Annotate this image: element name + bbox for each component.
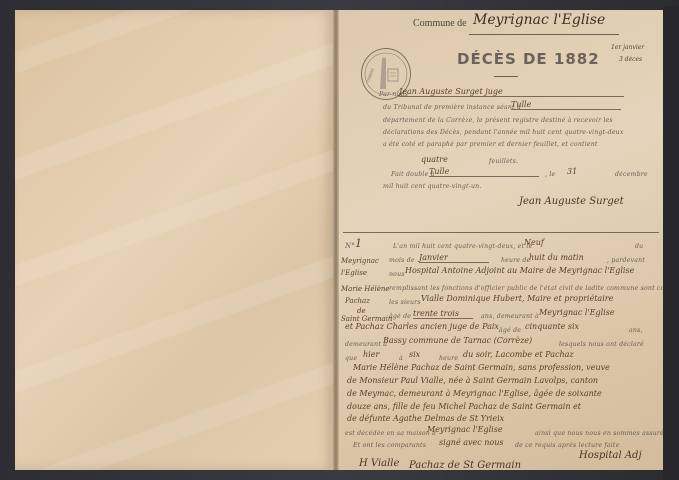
cert-day: 31 (567, 167, 577, 176)
left-page-blank (15, 10, 333, 470)
cert-feuillets: feuillets. (489, 158, 518, 165)
act-ans: ans, (629, 327, 643, 334)
act-witness-2-residence: Bassy commune de Tarnac (Corrèze) (383, 336, 532, 345)
act-assure: ainsi que nous nous en sommes assuré (535, 430, 664, 437)
cert-line-departement: département de la Corrèze, le présent re… (383, 117, 613, 124)
act-declared: lesquels nous ont déclaré (559, 341, 644, 348)
act-witness-2-age: cinquante six (525, 322, 579, 331)
act-sieurs: les sieurs (389, 299, 421, 306)
act-du: du (635, 243, 643, 250)
signature-officer: Hospital Adj (579, 450, 642, 461)
act-demeurant-2: demeurant à (345, 341, 387, 348)
act-heure-2: heure (439, 355, 458, 362)
act-month: Janvier (419, 253, 489, 263)
act-mois-label: mois de (389, 257, 415, 264)
cert-year: mil huit cent quatre-vingt-un. (383, 183, 482, 190)
book-cover-edge (663, 6, 679, 480)
act-heure-label: heure de (501, 257, 530, 264)
cert-sheet-count: quatre (421, 155, 448, 164)
svg-text:TIMBRE: TIMBRE (365, 67, 375, 84)
act-nous: nous (389, 271, 405, 278)
act-day: Neuf (524, 238, 544, 247)
corner-note-count: 3 déces (619, 56, 642, 63)
title-separator (494, 76, 518, 77)
act-deceased: Marie Hélène Pachaz de Saint Germain, sa… (353, 363, 610, 372)
cert-le: , le (545, 171, 555, 178)
cert-month: décembre (615, 171, 648, 178)
right-page-register: Commune de Meyrignac l'Eglise 1er janvie… (339, 10, 663, 470)
act-pardevant: , pardevant (607, 257, 645, 264)
margin-note-commune: Meyrignac (341, 257, 379, 265)
act-deceased-residence: de Meymac, demeurant à Meyrignac l'Eglis… (347, 389, 602, 398)
act-number-label: N° (345, 242, 355, 250)
act-line-date: L'an mil huit cent quatre-vingt-deux, et… (393, 243, 532, 250)
act-witness-2: et Pachaz Charles ancien juge de Paix (345, 322, 499, 331)
signature-witness-2: Pachaz de St Germain (409, 460, 521, 471)
act-officer: Hospital Antoine Adjoint au Maire de Mey… (405, 266, 634, 275)
act-deceased-spouse: de Monsieur Paul Vialle, née à Saint Ger… (347, 376, 598, 385)
act-witness-1-age: trente trois (413, 309, 473, 319)
cert-tribunal-city: Tulle (511, 100, 621, 110)
margin-note-deceased-last: Pachaz (345, 297, 370, 305)
act-death-hour: six (409, 350, 420, 359)
margin-note-deceased-first: Marie Hélène (341, 285, 390, 293)
cert-line-declarations: déclarations des Décès, pendant l'année … (383, 129, 624, 136)
act-a: à (399, 355, 403, 362)
act-witness-1: Vialle Dominique Hubert, Maire et propri… (421, 294, 613, 303)
commune-underline (469, 34, 619, 35)
act-death-place: Meyrignac l'Eglise (427, 425, 503, 434)
commune-label: Commune de (413, 18, 467, 29)
margin-note-de: de (357, 307, 366, 315)
act-deceased-father: douze ans, fille de feu Michel Pachaz de… (347, 402, 581, 411)
cert-line-cote: a été coté et paraphé par premier et der… (383, 141, 598, 148)
cert-fait-double: Fait double à (391, 171, 435, 178)
act-death-day: hier (363, 350, 379, 359)
act-hour: huit du matin (529, 253, 584, 262)
act-line-fonctions: remplissant les fonctions d'officier pub… (389, 285, 679, 292)
judge-signature: Jean Auguste Surget (519, 196, 624, 207)
signature-witness-1: H Vialle (359, 458, 399, 469)
cert-place: Tulle (429, 167, 539, 177)
margin-note-commune-2: l'Eglise (341, 269, 367, 277)
act-number: 1 (355, 237, 362, 250)
cert-tribunal: du Tribunal de première instance séant à (383, 104, 521, 111)
corner-note-date: 1er janvier (611, 44, 644, 51)
act-age-label: âgé de (389, 313, 411, 320)
act-signed: signé avec nous (439, 438, 504, 447)
register-title: DÉCÈS DE 1882 (457, 50, 600, 68)
act-witness-1-residence: Meyrignac l'Eglise (539, 308, 615, 317)
section-divider (343, 232, 659, 233)
act-lecture: de ce requis après lecture faite (515, 442, 619, 449)
act-demeurant: ans, demeurant à (481, 313, 539, 320)
act-deceased-mother: de défunte Agathe Delmas de St Yrieix (347, 414, 504, 423)
act-que: que (345, 355, 357, 362)
act-comparants: Et ont les comparants (353, 442, 426, 449)
cert-judge-name: Jean Auguste Surget juge (399, 87, 624, 97)
act-age-label-2: âgé de (499, 327, 521, 334)
commune-name: Meyrignac l'Eglise (473, 12, 605, 28)
act-decede: est décédée en sa maison à (345, 430, 436, 437)
act-death-time: du soir, Lacombe et Pachaz (463, 350, 574, 359)
